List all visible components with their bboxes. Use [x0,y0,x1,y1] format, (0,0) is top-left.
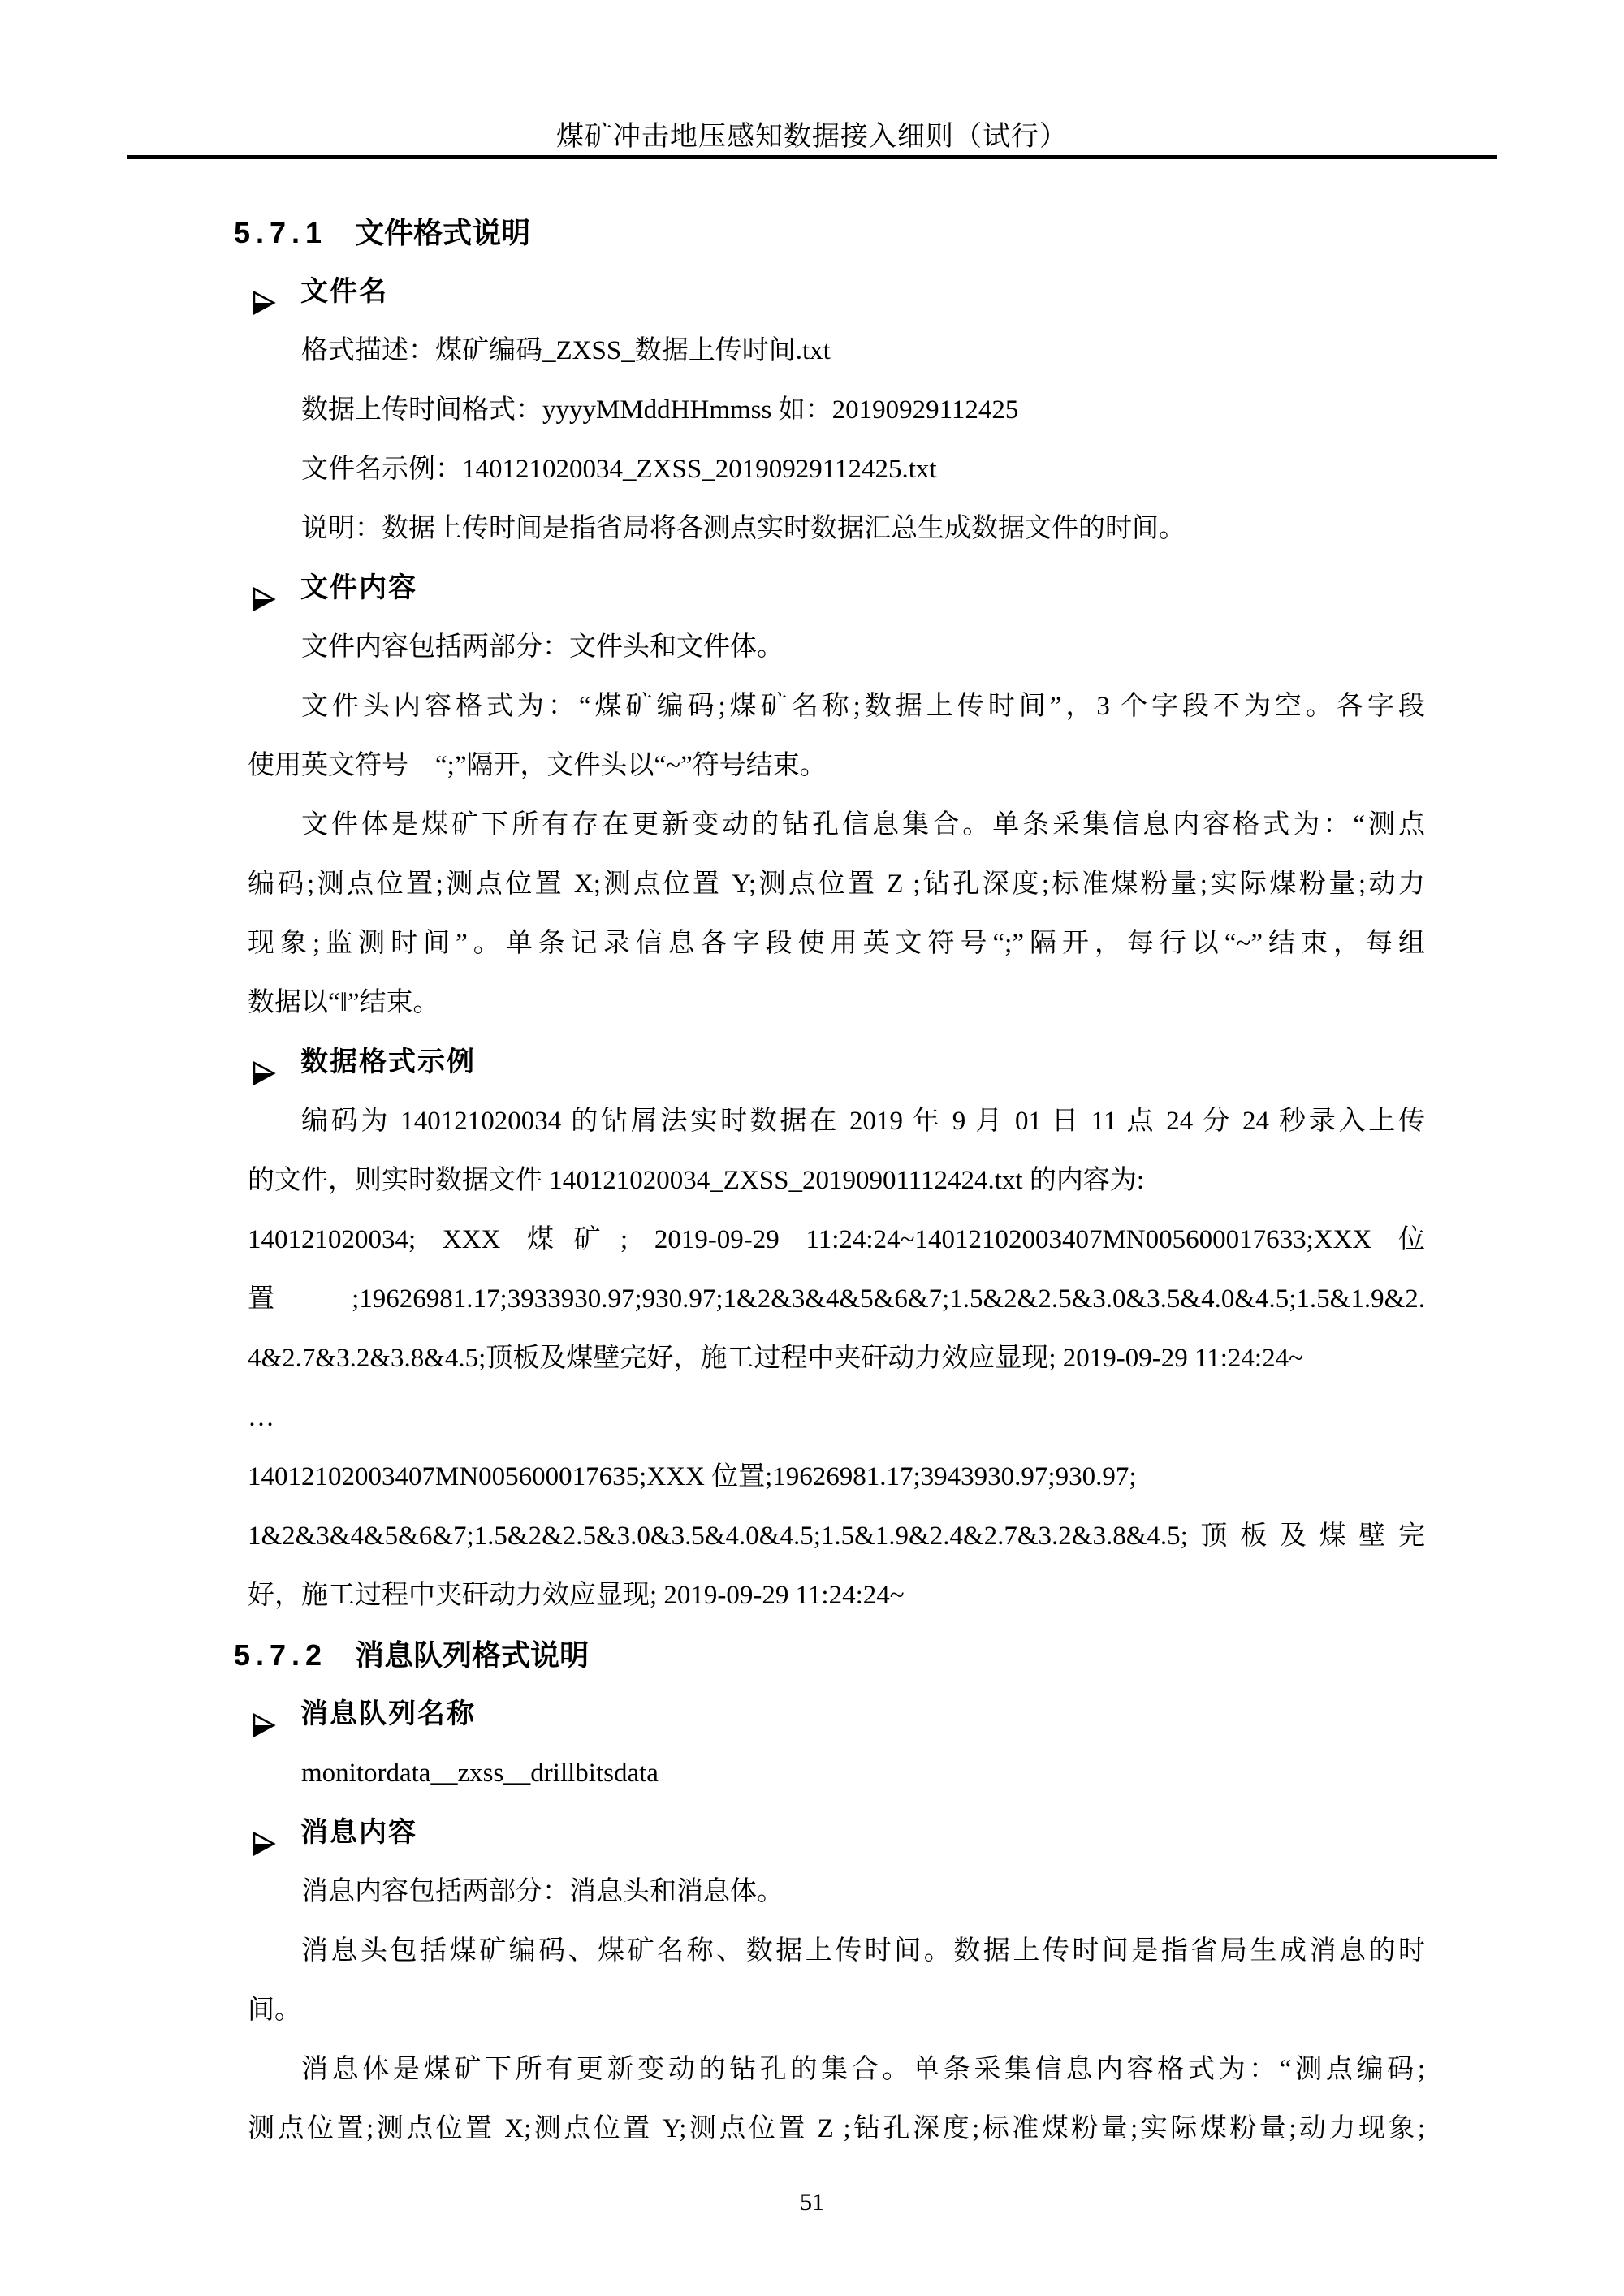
paragraph-line: 消息内容包括两部分：消息头和消息体。 [248,1862,1425,1922]
data-line: 14012102003407MN005600017635;XXX 位置;1962… [248,1448,1425,1507]
section-heading-5-7-1: 5.7.1文件格式说明 [234,203,1425,262]
bullet-item-file-name: 文件名 [248,262,1425,322]
paragraph-line: 数据上传时间格式：yyyyMMddHHmmss 如：20190929112425 [248,381,1425,440]
document-body: 5.7.1文件格式说明 文件名 格式描述：煤矿编码_ZXSS_数据上传时间.tx… [248,203,1425,2159]
paragraph-line: 文件体是煤矿下所有存在更新变动的钻孔信息集合。单条采集信息内容格式为：“测点 [248,796,1425,855]
data-line: 好，施工过程中夹矸动力效应显现; 2019-09-29 11:24:24~ [248,1566,1425,1625]
section-number: 5.7.2 [234,1638,327,1672]
bullet-item-message-queue-name: 消息队列名称 [248,1685,1425,1744]
data-line: 1&2&3&4&5&6&7;1.5&2&2.5&3.0&3.5&4.0&4.5;… [248,1507,1425,1566]
paragraph-line: 编码;测点位置;测点位置 X;测点位置 Y;测点位置 Z ;钻孔深度;标准煤粉量… [248,855,1425,914]
paragraph-line: 的文件，则实时数据文件 140121020034_ZXSS_2019090111… [248,1151,1425,1211]
bullet-item-message-content: 消息内容 [248,1803,1425,1862]
bullet-item-file-content: 文件内容 [248,559,1425,618]
paragraph-line: 编码为 140121020034 的钻屑法实时数据在 2019 年 9 月 01… [248,1092,1425,1151]
bullet-item-data-format-example: 数据格式示例 [248,1033,1425,1092]
page-header-title: 煤矿冲击地压感知数据接入细则（试行） [0,114,1624,153]
paragraph-line: monitordata__zxss__drillbitsdata [248,1744,1425,1803]
data-line: 置;19626981.17;3933930.97;930.97;1&2&3&4&… [248,1270,1425,1329]
bullet-label: 文件内容 [300,572,417,603]
paragraph-line: 现象;监测时间”。单条记录信息各字段使用英文符号“;”隔开，每行以“~”结束，每… [248,914,1425,973]
page-number: 51 [0,2189,1624,2216]
section-number: 5.7.1 [234,216,327,249]
paragraph-line: 文件头内容格式为：“煤矿编码;煤矿名称;数据上传时间”，3 个字段不为空。各字段 [248,677,1425,736]
bullet-label: 数据格式示例 [300,1047,476,1077]
paragraph-line: 格式描述：煤矿编码_ZXSS_数据上传时间.txt [248,322,1425,381]
arrow-bullet-icon [252,1048,276,1074]
ellipsis-line: … [248,1388,1425,1448]
data-line: 4&2.7&3.2&3.8&4.5;顶板及煤壁完好，施工过程中夹矸动力效应显现;… [248,1329,1425,1388]
arrow-bullet-icon [252,1700,276,1726]
paragraph-line: 说明：数据上传时间是指省局将各测点实时数据汇总生成数据文件的时间。 [248,499,1425,559]
header-rule [127,155,1497,159]
arrow-bullet-icon [252,574,276,600]
arrow-bullet-icon [252,1819,276,1845]
paragraph-line: 消息头包括煤矿编码、煤矿名称、数据上传时间。数据上传时间是指省局生成消息的时 [248,1922,1425,1981]
data-line: 140121020034; XXX 煤矿; 2019-09-29 11:24:2… [248,1211,1425,1270]
bullet-label: 消息队列名称 [300,1698,476,1729]
bullet-label: 文件名 [300,276,388,307]
paragraph-line: 文件内容包括两部分：文件头和文件体。 [248,618,1425,677]
paragraph-line: 间。 [248,1981,1425,2040]
paragraph-line: 使用英文符号 “;”隔开，文件头以“~”符号结束。 [248,736,1425,796]
paragraph-line: 文件名示例：140121020034_ZXSS_20190929112425.t… [248,440,1425,499]
arrow-bullet-icon [252,278,276,304]
paragraph-line: 数据以“‖”结束。 [248,973,1425,1033]
section-title: 消息队列格式说明 [355,1638,589,1672]
document-page: 煤矿冲击地压感知数据接入细则（试行） 5.7.1文件格式说明 文件名 格式描述：… [0,0,1624,2296]
paragraph-line: 测点位置;测点位置 X;测点位置 Y;测点位置 Z ;钻孔深度;标准煤粉量;实际… [248,2100,1425,2159]
section-heading-5-7-2: 5.7.2消息队列格式说明 [234,1625,1425,1685]
paragraph-line: 消息体是煤矿下所有更新变动的钻孔的集合。单条采集信息内容格式为：“测点编码; [248,2040,1425,2100]
bullet-label: 消息内容 [300,1817,417,1848]
section-title: 文件格式说明 [355,216,530,249]
